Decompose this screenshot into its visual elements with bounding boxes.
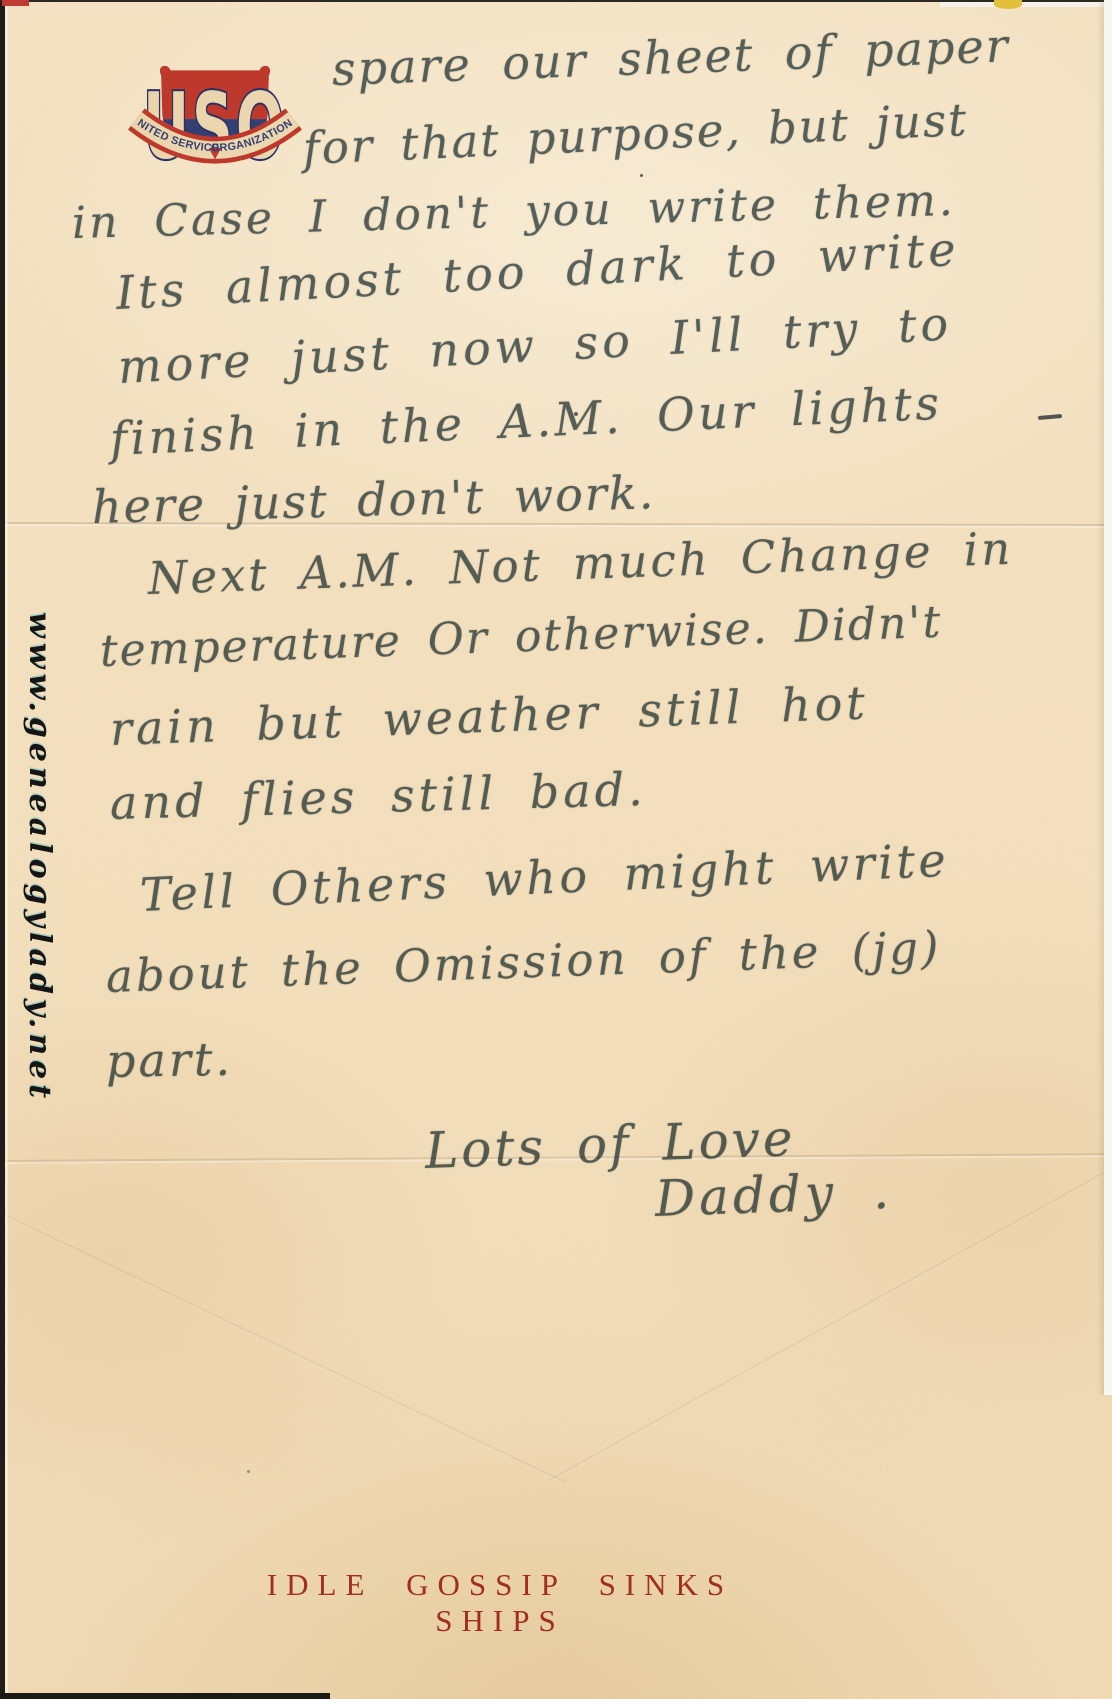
paper-edge-highlight (5, 0, 8, 1699)
scan-edge-right (1104, 0, 1112, 1395)
scan-gap-top-right (940, 2, 1112, 7)
scanned-letter-page: USO UNITED SERVICE ORGANIZATIONS spare o… (0, 0, 1112, 1699)
ink-speck (640, 174, 643, 177)
ink-speck (247, 1470, 250, 1473)
handwritten-line-14: part. (106, 1032, 234, 1088)
yellow-spot (994, 0, 1022, 9)
paper-edge-shadow (1097, 0, 1104, 1395)
corner-red-mark (2, 0, 29, 6)
slogan: IDLE GOSSIP SINKS SHIPS (190, 1567, 810, 1639)
watermark: www.genealogylady.net (22, 612, 57, 1103)
uso-logo: USO UNITED SERVICE ORGANIZATIONS (126, 58, 304, 176)
signature: Daddy . (654, 1162, 894, 1228)
scan-edge-bottom (0, 1693, 330, 1699)
